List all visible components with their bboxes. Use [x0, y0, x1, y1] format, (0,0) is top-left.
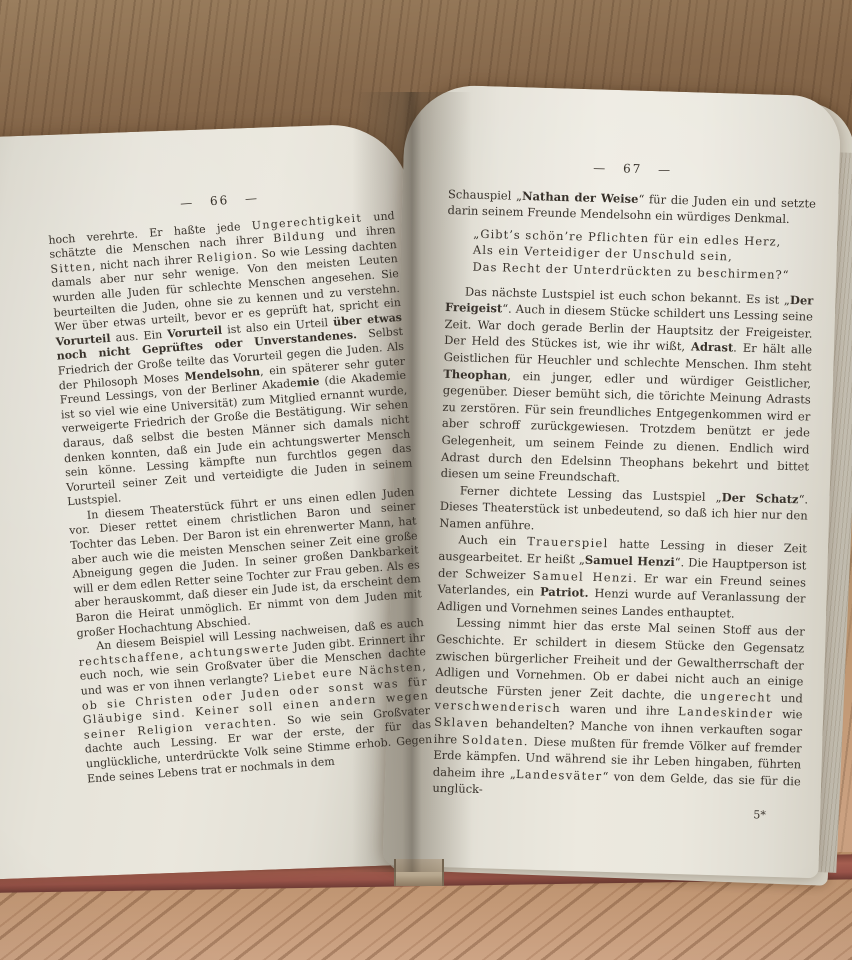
paragraph: Auch ein Trauerspiel hatte Lessing in di… — [437, 531, 807, 624]
poem-quote: „Gibt’s schön’re Pflichten für ein edles… — [472, 225, 815, 284]
paragraph: hoch verehrte. Er haßte jede Ungerechtig… — [48, 209, 414, 510]
paragraph: An diesem Beispiel will Lessing nachweis… — [77, 616, 434, 786]
paragraph: Schauspiel „Nathan der Weise“ für die Ju… — [447, 186, 816, 229]
page-body: Schauspiel „Nathan der Weise“ für die Ju… — [432, 186, 816, 807]
page-body: hoch verehrte. Er haßte jede Ungerechtig… — [48, 209, 434, 787]
paragraph: Lessing nimmt hier das erste Mal seinen … — [432, 614, 805, 806]
left-page-text: — 66 — hoch verehrte. Er haßte jede Unge… — [46, 181, 434, 786]
book-photo: — 66 — hoch verehrte. Er haßte jede Unge… — [0, 0, 852, 960]
spine-notch — [394, 859, 444, 886]
right-page-text: — 67 — Schauspiel „Nathan der Weise“ für… — [432, 156, 817, 825]
paragraph: In diesem Theaterstück führt er uns eine… — [68, 485, 424, 641]
paragraph: Das nächste Lustspiel ist euch schon bek… — [440, 283, 813, 492]
